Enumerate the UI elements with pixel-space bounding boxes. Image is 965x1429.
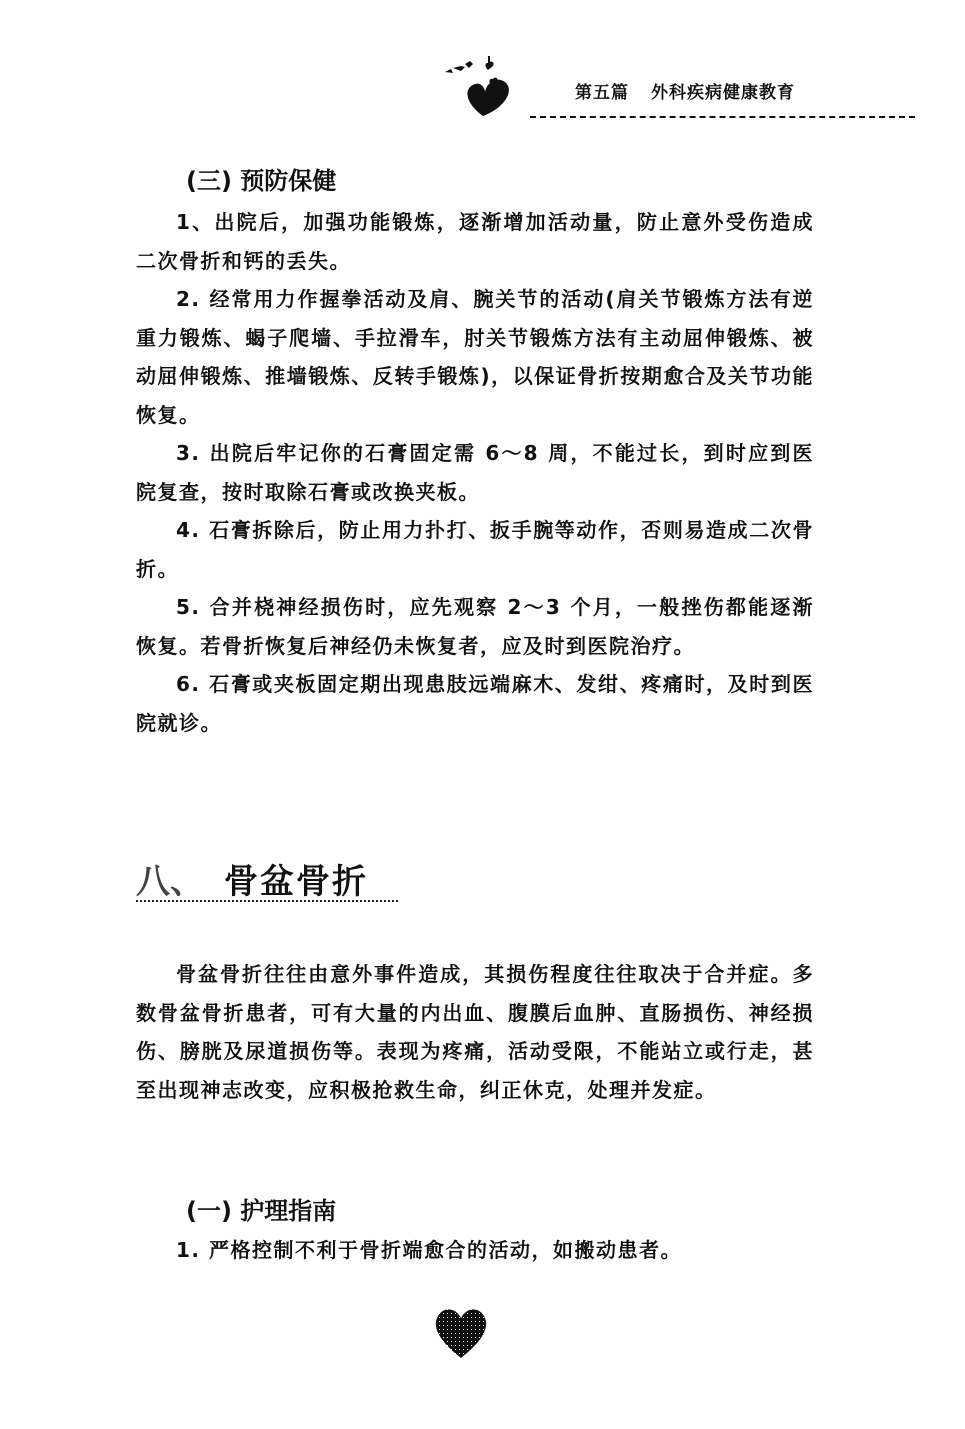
section-title: 八、 骨盆骨折	[136, 850, 398, 910]
header-book-title: 外科疾病健康教育	[651, 83, 795, 103]
heart-icon	[426, 1296, 496, 1366]
prevention-item: 2. 经常用力作握拳活动及肩、腕关节的活动(肩关节锻炼方法有逆重力锻炼、蝎子爬墙…	[136, 280, 814, 434]
hearts-icon	[435, 48, 545, 138]
section-number: 八、	[136, 854, 204, 903]
prevention-item: 6. 石膏或夹板固定期出现患肢远端麻木、发绀、疼痛时，及时到医院就诊。	[136, 665, 814, 742]
intro-paragraph: 骨盆骨折往往由意外事件造成，其损伤程度往往取决于合并症。多数骨盆骨折患者，可有大…	[136, 955, 814, 1109]
header-title: 第五篇外科疾病健康教育	[575, 78, 795, 103]
nursing-item: 1. 严格控制不利于骨折端愈合的活动，如搬动患者。	[136, 1231, 814, 1270]
nursing-section: (一) 护理指南 1. 严格控制不利于骨折端愈合的活动，如搬动患者。	[136, 1193, 814, 1270]
section-heading: 骨盆骨折	[224, 854, 368, 903]
prevention-item: 1、出院后，加强功能锻炼，逐渐增加活动量，防止意外受伤造成二次骨折和钙的丢失。	[136, 203, 814, 280]
header-divider	[530, 116, 915, 118]
section-intro: 骨盆骨折往往由意外事件造成，其损伤程度往往取决于合并症。多数骨盆骨折患者，可有大…	[136, 955, 814, 1109]
running-header: 第五篇外科疾病健康教育	[435, 48, 915, 138]
prevention-item: 3. 出院后牢记你的石膏固定需 6～8 周，不能过长，到时应到医院复查，按时取除…	[136, 434, 814, 511]
nursing-heading: (一) 护理指南	[136, 1193, 814, 1229]
prevention-item: 5. 合并桡神经损伤时，应先观察 2～3 个月，一般挫伤都能逐渐恢复。若骨折恢复…	[136, 588, 814, 665]
prevention-section: (三) 预防保健 1、出院后，加强功能锻炼，逐渐增加活动量，防止意外受伤造成二次…	[136, 163, 814, 742]
header-part: 第五篇	[575, 83, 629, 103]
prevention-heading: (三) 预防保健	[136, 163, 814, 199]
prevention-item: 4. 石膏拆除后，防止用力扑打、扳手腕等动作，否则易造成二次骨折。	[136, 511, 814, 588]
section-divider	[136, 900, 398, 902]
